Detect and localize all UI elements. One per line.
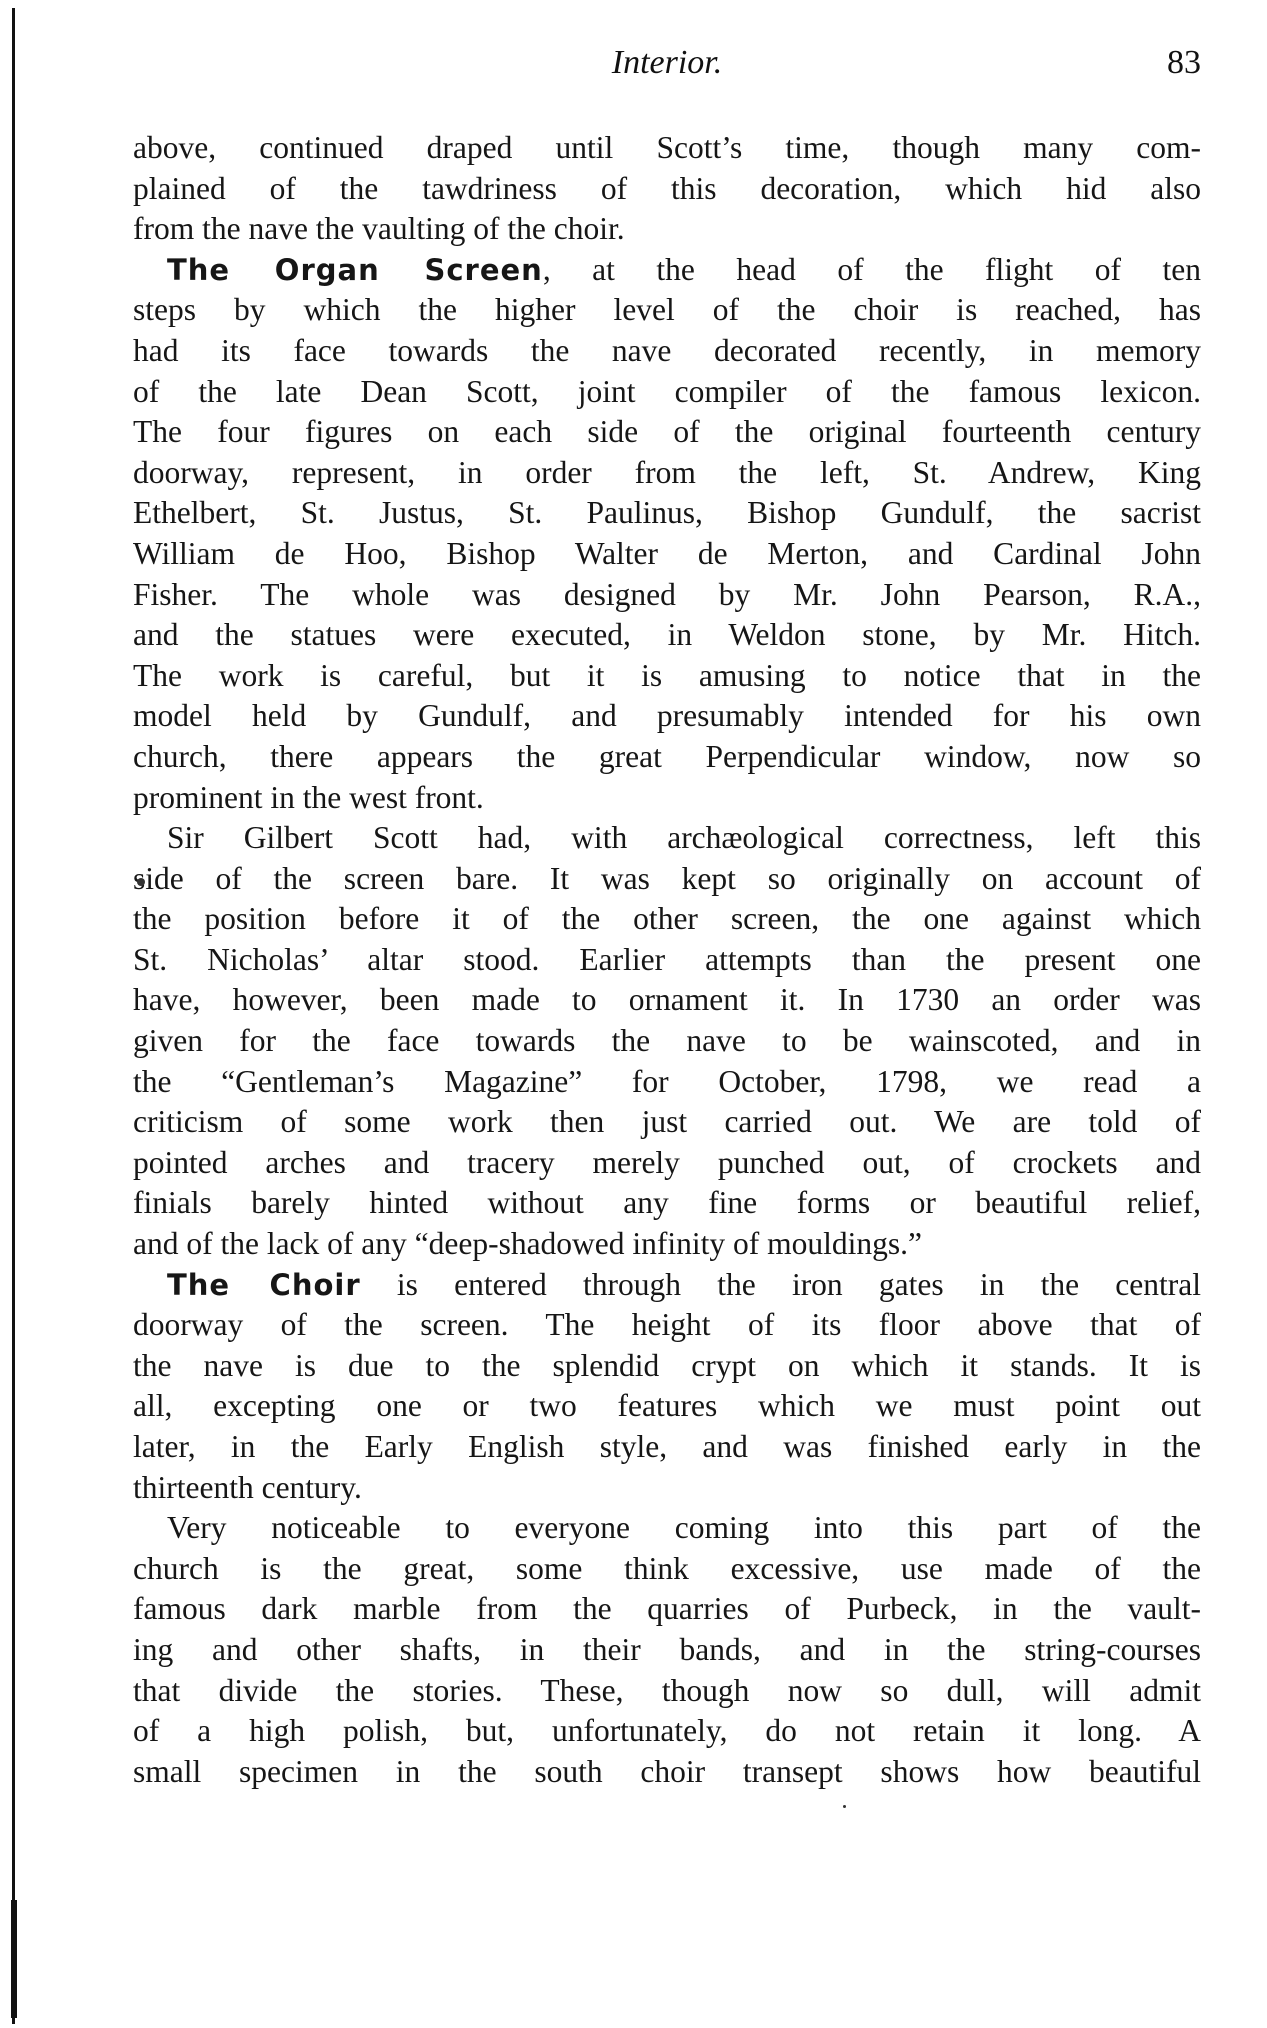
paragraph-first-line: The Organ Screen, at the head of the fli… [133,250,1201,291]
paragraph-first-line: Sir Gilbert Scott had, with archæologica… [133,818,1201,859]
text-line: given for the face towards the nave to b… [133,1021,1201,1062]
text-line: steps by which the higher level of the c… [133,290,1201,331]
page-edge-rule-thick [11,1900,17,2018]
text-line: all, excepting one or two features which… [133,1386,1201,1427]
text-line: doorway of the screen. The height of its… [133,1305,1201,1346]
text-line: from the nave the vaulting of the choir. [133,209,1201,250]
running-title: Interior. [133,44,1201,82]
ink-blot [137,878,145,886]
page-number: 83 [1167,44,1201,82]
text-run: , at the head of the flight of ten [543,252,1201,287]
text-line: thirteenth century. [133,1468,1201,1509]
paragraph-first-line: The Choir is entered through the iron ga… [133,1265,1201,1306]
text-line: finials barely hinted without any fine f… [133,1183,1201,1224]
text-line: of the late Dean Scott, joint compiler o… [133,372,1201,413]
page-edge-rule [12,8,15,2024]
text-line: The work is careful, but it is amusing t… [133,656,1201,697]
text-line: later, in the Early English style, and w… [133,1427,1201,1468]
text-line: criticism of some work then just carried… [133,1102,1201,1143]
paragraph-first-line: Very noticeable to everyone coming into … [133,1508,1201,1549]
text-line: church, there appears the great Perpendi… [133,737,1201,778]
text-line: that divide the stories. These, though n… [133,1671,1201,1712]
text-line: have, however, been made to ornament it.… [133,980,1201,1021]
text-line: prominent in the west front. [133,778,1201,819]
text-line: The four figures on each side of the ori… [133,412,1201,453]
page-header: Interior. 83 [133,44,1201,94]
text-line: William de Hoo, Bishop Walter de Merton,… [133,534,1201,575]
text-line: small specimen in the south choir transe… [133,1752,1201,1793]
text-line: side of the screen bare. It was kept so … [133,859,1201,900]
page-body: above, continued draped until Scott’s ti… [133,128,1201,1792]
text-line: Fisher. The whole was designed by Mr. Jo… [133,575,1201,616]
scan-speck [843,1805,846,1808]
text-line: above, continued draped until Scott’s ti… [133,128,1201,169]
text-line: of a high polish, but, unfortunately, do… [133,1711,1201,1752]
text-run: is entered through the iron gates in the… [361,1267,1201,1302]
text-line: famous dark marble from the quarries of … [133,1589,1201,1630]
text-line: doorway, represent, in order from the le… [133,453,1201,494]
text-line: Ethelbert, St. Justus, St. Paulinus, Bis… [133,493,1201,534]
text-line: ing and other shafts, in their bands, an… [133,1630,1201,1671]
section-heading-choir: The Choir [167,1268,361,1302]
text-line: model held by Gundulf, and presumably in… [133,696,1201,737]
text-line: church is the great, some think excessiv… [133,1549,1201,1590]
text-line: pointed arches and tracery merely punche… [133,1143,1201,1184]
text-line: the nave is due to the splendid crypt on… [133,1346,1201,1387]
text-line: and the statues were executed, in Weldon… [133,615,1201,656]
text-line: the “Gentleman’s Magazine” for October, … [133,1062,1201,1103]
text-line: the position before it of the other scre… [133,899,1201,940]
text-line: and of the lack of any “deep-shadowed in… [133,1224,1201,1265]
text-line: St. Nicholas’ altar stood. Earlier attem… [133,940,1201,981]
section-heading-organ-screen: The Organ Screen [167,253,543,287]
text-line: had its face towards the nave decorated … [133,331,1201,372]
text-line: plained of the tawdriness of this decora… [133,169,1201,210]
